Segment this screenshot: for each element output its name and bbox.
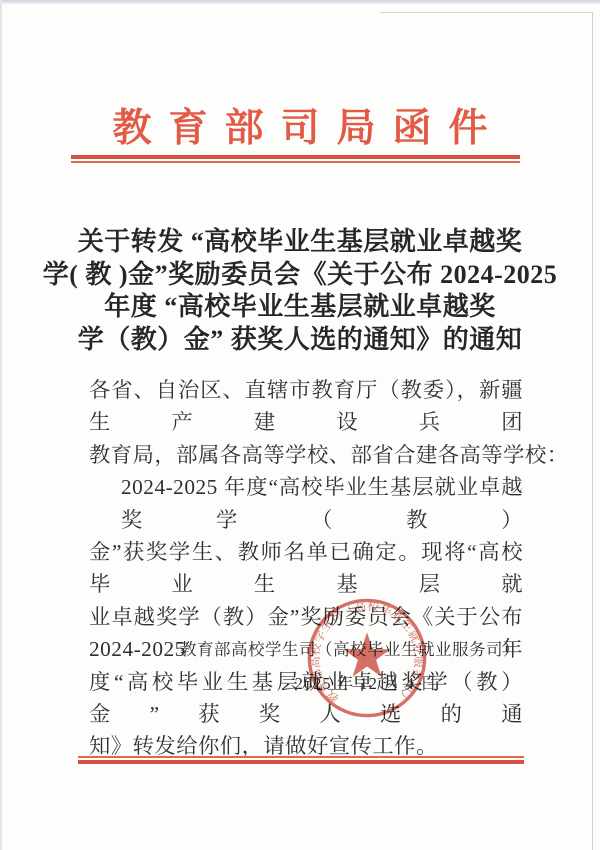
body-line: 教育局，部属各高等学校、部省合建各高等学校： bbox=[89, 439, 523, 471]
body-line: 各省、自治区、直辖市教育厅（教委），新疆生产建设兵团 bbox=[89, 374, 523, 439]
rule-thick-line bbox=[78, 760, 524, 764]
document-page: 教育部司局函件 关于转发 “高校毕业生基层就业卓越奖 学( 教 )金”奖励委员会… bbox=[0, 0, 600, 850]
document-title: 关于转发 “高校毕业生基层就业卓越奖 学( 教 )金”奖励委员会《关于公布 20… bbox=[40, 226, 560, 356]
official-seal-stamp: 教育部高校学生司（高校毕业生就业服务司） bbox=[303, 594, 431, 722]
title-line: 关于转发 “高校毕业生基层就业卓越奖 bbox=[40, 226, 560, 259]
title-line: 学（教）金” 获奖人选的通知》的通知 bbox=[40, 324, 560, 357]
paper-top-edge bbox=[380, 12, 592, 13]
title-line: 年度 “高校毕业生基层就业卓越奖 bbox=[40, 291, 560, 324]
body-line: 金”获奖学生、教师名单已确定。现将“高校毕业生基层就 bbox=[89, 536, 523, 601]
body-line: 2024-2025 年度“高校毕业生基层就业卓越奖学（教） bbox=[89, 471, 523, 536]
footer-rule bbox=[78, 756, 524, 764]
letterhead-rule bbox=[71, 155, 520, 163]
rule-thin-line bbox=[71, 161, 520, 163]
letterhead-title: 教育部司局函件 bbox=[0, 97, 600, 153]
star-icon bbox=[344, 632, 391, 676]
signature-department: 教育部高校学生司（高校毕业生就业服务司） bbox=[0, 636, 520, 660]
scan-edge-top bbox=[0, 0, 600, 4]
title-line: 学( 教 )金”奖励委员会《关于公布 2024-2025 bbox=[40, 259, 560, 292]
